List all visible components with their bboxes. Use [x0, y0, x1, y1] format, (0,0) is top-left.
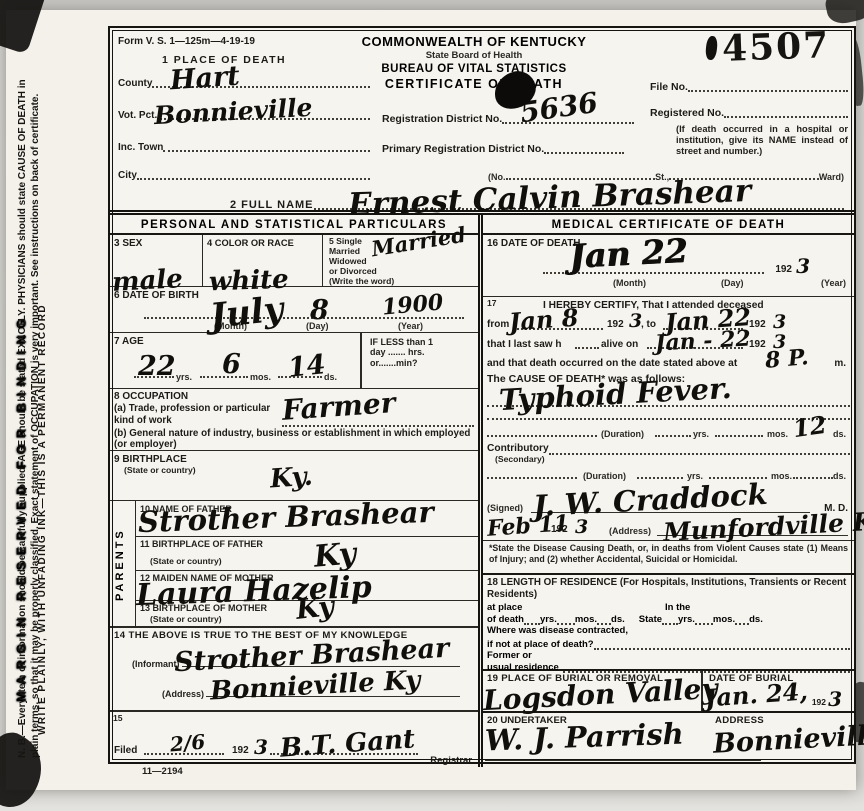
duration2-mos-label: mos. — [771, 471, 792, 481]
certify-section: 17 I HEREBY CERTIFY, That I attended dec… — [483, 297, 854, 373]
informant-label: (Informant) — [132, 659, 180, 669]
dob-year-value: 1900 — [381, 291, 444, 318]
city-label: City — [118, 170, 137, 182]
father-name-row: 10 NAME OF FATHER Strother Brashear — [136, 501, 478, 537]
medical-column: MEDICAL CERTIFICATE OF DEATH 16 DATE OF … — [478, 215, 854, 767]
margin-note-text: N. B.—Every item of information should b… — [16, 58, 60, 758]
filed-year-prefix: 192 — [232, 745, 249, 757]
signature-section: (Signed) J. W. Craddock M. D. Feb 11 192… — [483, 491, 854, 541]
duration-label: (Duration) — [601, 429, 644, 439]
registrar-signature: B.T. Gant — [279, 726, 416, 761]
signed-year-value: 3 — [575, 518, 588, 537]
res-state-label: State — [639, 614, 662, 625]
duration-mos-label: mos. — [767, 429, 788, 439]
marital-line: (Write the word) — [329, 277, 478, 287]
form-code: 11—2194 — [142, 766, 183, 777]
disease-contracted-label: Where was disease contracted, — [487, 625, 850, 636]
occupation-row: 8 OCCUPATION (a) Trade, profession or pa… — [110, 389, 478, 451]
occupation-a-label: (a) Trade, profession or particular kind… — [114, 403, 282, 427]
alive-on-label: alive on — [601, 339, 638, 351]
dotted-leader — [637, 467, 683, 479]
dod-label: 16 DATE OF DEATH — [487, 238, 581, 250]
occupation-b-label: (b) General nature of industry, business… — [114, 428, 474, 452]
file-no-label: File No. — [650, 81, 688, 94]
birthplace-row: 9 BIRTHPLACE (State or country) Ky. — [110, 451, 478, 501]
if-not-label: if not at place of death? — [487, 639, 594, 650]
dotted-leader — [724, 106, 848, 118]
last-alive-date: Jan - 22 — [654, 328, 751, 355]
hospital-note: (If death occurred in a hospital or inst… — [676, 124, 848, 157]
inc-town-label: Inc. Town — [118, 142, 163, 154]
parents-label: PARENTS — [114, 528, 126, 601]
burial-year-prefix: 192 — [812, 697, 826, 707]
res-ds-label: ds. — [611, 614, 625, 625]
if-less-line: day ....... hrs. — [370, 347, 478, 357]
county-line: County Hart — [118, 76, 370, 90]
sex-value: male — [111, 266, 183, 296]
filed-number: 15 — [113, 714, 123, 724]
res-mos-label: mos. — [575, 614, 597, 625]
commonwealth-title: COMMONWEALTH OF KENTUCKY — [319, 34, 629, 50]
date-of-death-row: 16 DATE OF DEATH Jan 22 192 3 (Month) (D… — [483, 235, 854, 297]
duration-yrs-label: yrs. — [693, 429, 709, 439]
registration-district-label: Registration District No. — [382, 113, 502, 126]
informant-address-label: (Address) — [162, 689, 204, 699]
mother-name-value: Laura Hazelip — [136, 573, 373, 611]
attended-from-date: Jan 8 — [508, 306, 579, 335]
scanned-death-certificate: MARGIN RESERVED FOR BINDING WRITE PLAINL… — [0, 0, 864, 811]
dotted-leader — [487, 425, 597, 437]
dotted-leader — [557, 613, 575, 625]
burial-row: 19 PLACE OF BURIAL OR REMOVAL Logsdon Va… — [483, 671, 854, 713]
dotted-leader — [662, 613, 678, 625]
duration2-label: (Duration) — [583, 471, 626, 481]
occupation-value: Farmer — [281, 389, 396, 425]
dotted-leader — [594, 638, 850, 650]
burial-date-value: Jan. 24, — [704, 679, 808, 710]
if-less-cell: IF LESS than 1 day ....... hrs. or......… — [360, 333, 478, 388]
filed-label: Filed — [114, 745, 137, 757]
age-cell: 7 AGE 22 yrs. 6 mos. 14 ds. — [110, 333, 360, 388]
county-value: Hart — [169, 63, 240, 95]
mother-birthplace-hint: (State or country) — [150, 615, 222, 625]
if-less-line: or.......min? — [370, 358, 478, 368]
bureau-subtitle: BUREAU OF VITAL STATISTICS — [319, 62, 629, 76]
filed-row: 15 Filed 2/6 192 3 B.T. Gant Registrar — [110, 711, 478, 767]
residence-section: 18 LENGTH OF RESIDENCE (For Hospitals, I… — [483, 575, 854, 671]
undertaker-address-label: ADDRESS — [715, 715, 764, 727]
city-line: City — [118, 168, 370, 182]
at-place-label: at place — [487, 602, 665, 613]
to-year-value: 3 — [773, 313, 786, 332]
to-label: , to — [641, 319, 656, 331]
stamp-smudge — [705, 35, 718, 60]
voting-precinct-line: Vot. Pct. Bonnieville — [118, 108, 370, 122]
race-cell: 4 COLOR OR RACE white — [202, 235, 322, 286]
res-state-yrs-label: yrs. — [678, 614, 695, 625]
state-board-subtitle: State Board of Health — [319, 50, 629, 62]
state-country-hint: (State or country) — [124, 466, 196, 476]
dod-year-value: 3 — [796, 256, 810, 276]
res-state-mos-label: mos. — [713, 614, 735, 625]
duration2-ds-label: ds. — [833, 471, 846, 481]
dotted-leader — [544, 142, 624, 154]
age-months-value: 6 — [222, 351, 241, 378]
inc-town-line: Inc. Town — [118, 140, 370, 154]
father-name-value: Strother Brashear — [138, 498, 435, 537]
from-year-prefix: 192 — [607, 319, 624, 331]
of-death-label: of death — [487, 614, 524, 625]
informant-address-line: (Address) Bonnieville Ky — [162, 684, 462, 699]
registered-no-label: Registered No. — [650, 107, 724, 120]
signed-label: (Signed) — [487, 503, 523, 513]
former-label: Former or — [487, 650, 850, 661]
dotted-leader — [575, 337, 599, 349]
residence-label: 18 LENGTH OF RESIDENCE (For Hospitals, I… — [487, 577, 850, 601]
dotted-leader — [524, 613, 540, 625]
sex-cell: 3 SEX male — [110, 235, 202, 286]
primary-registration-label: Primary Registration District No. — [382, 143, 544, 156]
dotted-leader — [688, 80, 848, 92]
ward-hint: Ward) — [819, 172, 844, 182]
registrar-label: Registrar — [430, 755, 472, 766]
undertaker-cell: 20 UNDERTAKER W. J. Parrish — [483, 713, 701, 767]
from-year-value: 3 — [629, 312, 642, 331]
time-m-label: m. — [834, 358, 846, 370]
in-the-label: In the — [665, 602, 690, 613]
certificate-body: Form V. S. 1—125m—4-19-19 1 PLACE OF DEA… — [108, 26, 856, 764]
dob-month-value: July — [208, 292, 285, 333]
file-no-line: File No. — [650, 80, 848, 94]
mother-birthplace-value: Ky — [295, 593, 336, 624]
death-time-value: 8 P. — [764, 346, 809, 372]
parents-section: PARENTS 10 NAME OF FATHER Strother Brash… — [110, 501, 478, 627]
voting-precinct-label: Vot. Pct. — [118, 110, 157, 122]
dotted-leader — [655, 425, 691, 437]
columns: PERSONAL AND STATISTICAL PARTICULARS 3 S… — [110, 210, 854, 767]
secondary-label: (Secondary) — [495, 455, 850, 465]
parents-label-cell: PARENTS — [110, 501, 136, 626]
age-years-value: 22 — [138, 353, 176, 380]
filed-year-value: 3 — [254, 737, 268, 757]
race-label: 4 COLOR OR RACE — [207, 238, 294, 249]
undertaker-value: W. J. Parrish — [485, 720, 685, 756]
burial-year-value: 3 — [828, 689, 842, 709]
day-hint: (Day) — [721, 278, 744, 288]
dotted-leader — [793, 467, 833, 479]
dotted-leader — [597, 613, 611, 625]
registration-district-line: Registration District No. 5636 — [382, 112, 634, 126]
occurred-label: and that death occurred on the date stat… — [487, 358, 737, 370]
parents-fields: 10 NAME OF FATHER Strother Brashear 11 B… — [136, 501, 478, 626]
informant-section: 14 THE ABOVE IS TRUE TO THE BEST OF MY K… — [110, 627, 478, 711]
if-less-line: IF LESS than 1 — [370, 337, 478, 347]
personal-column: PERSONAL AND STATISTICAL PARTICULARS 3 S… — [110, 215, 478, 767]
age-row: 7 AGE 22 yrs. 6 mos. 14 ds. IF LESS than… — [110, 333, 478, 389]
dotted-leader — [715, 425, 763, 437]
signed-address-label: (Address) — [609, 526, 651, 536]
certify-number: 17 — [487, 299, 497, 309]
registered-no-line: Registered No. — [650, 106, 848, 120]
dob-day-value: 8 — [310, 297, 329, 324]
birthplace-value: Ky. — [269, 464, 313, 493]
month-hint: (Month) — [613, 278, 646, 288]
dod-year-prefix: 192 — [775, 264, 792, 276]
dotted-leader — [487, 467, 577, 479]
dotted-leader — [137, 168, 370, 180]
dotted-leader — [735, 613, 749, 625]
duration-days-value: 12 — [791, 412, 827, 440]
burial-date-cell: DATE OF BURIAL Jan. 24, 192 3 — [701, 671, 854, 711]
from-label: from — [487, 319, 509, 331]
marital-cell: 5 Single Married Widowed or Divorced (Wr… — [322, 235, 478, 286]
cause-of-death-section: The CAUSE OF DEATH* was as follows: Typh… — [483, 373, 854, 441]
full-name-line: 2 FULL NAME Ernest Calvin Brashear — [230, 182, 844, 212]
primary-registration-line: Primary Registration District No. — [382, 142, 624, 156]
age-days-value: 14 — [287, 351, 327, 382]
undertaker-address-cell: ADDRESS Bonnieville Ky — [701, 713, 854, 767]
burial-place-cell: 19 PLACE OF BURIAL OR REMOVAL Logsdon Va… — [483, 671, 701, 711]
voting-precinct-value: Bonnieville — [153, 95, 313, 128]
street-no-hint: (No. — [488, 172, 506, 182]
sex-label: 3 SEX — [114, 238, 142, 250]
age-label: 7 AGE — [114, 336, 144, 348]
last-saw-label: that I last saw h — [487, 339, 561, 351]
dotted-leader — [163, 140, 370, 152]
mos-label: mos. — [250, 372, 271, 382]
undertaker-row: 20 UNDERTAKER W. J. Parrish ADDRESS Bonn… — [483, 713, 854, 767]
father-birthplace-row: 11 BIRTHPLACE OF FATHER (State or countr… — [136, 537, 478, 571]
year-hint: (Year) — [821, 278, 846, 288]
dotted-leader — [549, 443, 850, 455]
sex-race-marital-row: 3 SEX male 4 COLOR OR RACE white 5 Singl… — [110, 235, 478, 287]
county-label: County — [118, 78, 152, 90]
file-number-stamp: 4507 — [721, 24, 831, 70]
dod-value: Jan 22 — [568, 234, 688, 273]
dotted-leader — [695, 613, 713, 625]
year-hint: (Year) — [398, 321, 423, 331]
father-birthplace-hint: (State or country) — [150, 557, 222, 567]
form-number: Form V. S. 1—125m—4-19-19 — [118, 36, 255, 48]
father-birthplace-value: Ky — [313, 539, 358, 573]
yrs-label: yrs. — [176, 372, 192, 382]
duration-ds-label: ds. — [833, 429, 846, 439]
father-birthplace-label: 11 BIRTHPLACE OF FATHER — [140, 539, 263, 549]
res-state-ds-label: ds. — [749, 614, 763, 625]
filed-date-value: 2/6 — [169, 732, 206, 755]
res-yrs-label: yrs. — [540, 614, 557, 625]
signed-date-value: Feb 11 — [486, 512, 569, 540]
